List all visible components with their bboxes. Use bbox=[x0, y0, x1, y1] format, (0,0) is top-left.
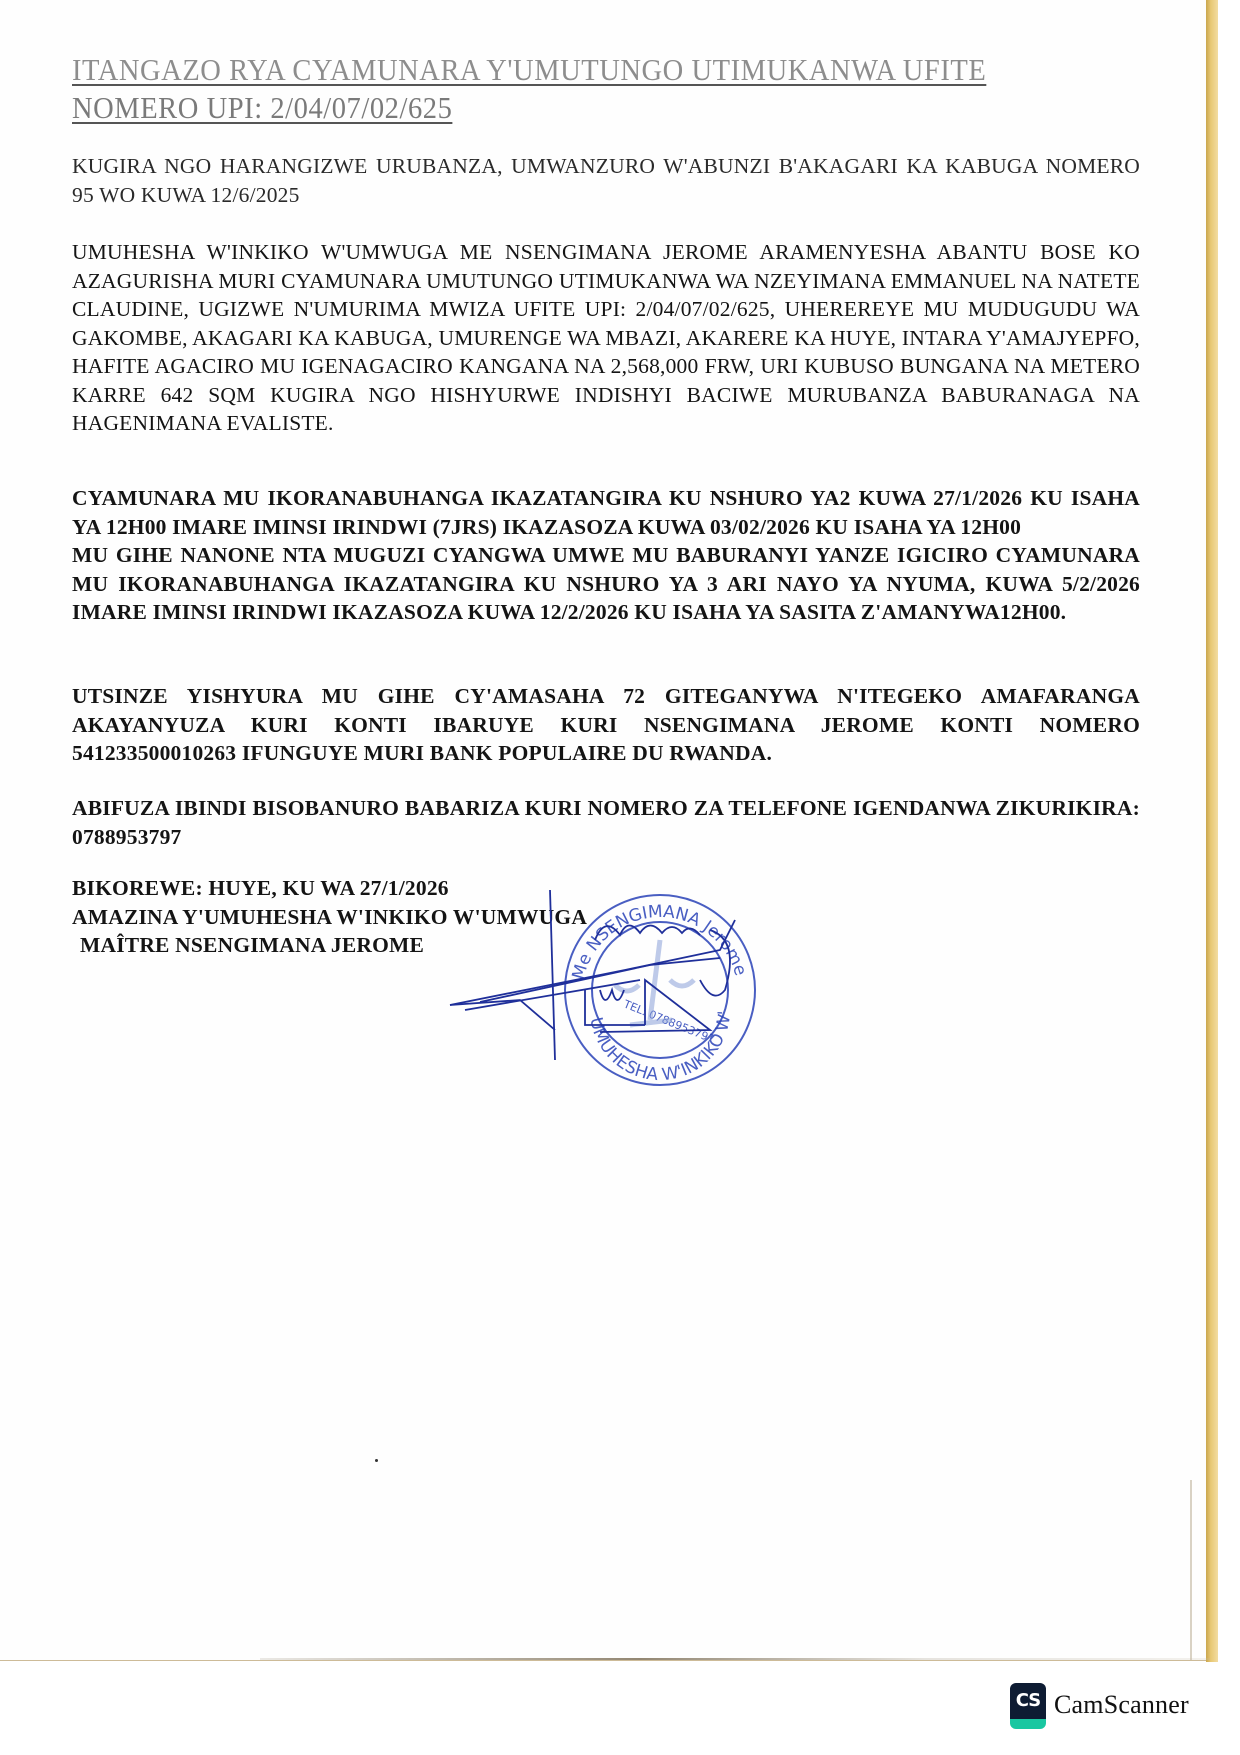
title-line-1: ITANGAZO RYA CYAMUNARA Y'UMUTUNGO UTIMUK… bbox=[72, 52, 1066, 88]
document-title: ITANGAZO RYA CYAMUNARA Y'UMUTUNGO UTIMUK… bbox=[72, 52, 1066, 126]
camscanner-logo-icon: CS bbox=[1010, 1683, 1046, 1729]
page-bottom-edge bbox=[260, 1658, 1210, 1660]
official-stamp: Me NSENGIMANA Jerome UMUHESHA W'INKIKO W… bbox=[420, 880, 780, 1100]
auction-round-3: MU GIHE NANONE NTA MUGUZI CYANGWA UMWE M… bbox=[72, 541, 1140, 627]
paragraph-case-reference: KUGIRA NGO HARANGIZWE URUBANZA, UMWANZUR… bbox=[72, 152, 1140, 209]
paragraph-auction-schedule: CYAMUNARA MU IKORANABUHANGA IKAZATANGIRA… bbox=[72, 484, 1140, 627]
camscanner-watermark-text: CamScanner bbox=[1054, 1690, 1189, 1720]
logo-accent-bar bbox=[1010, 1719, 1046, 1729]
scan-speck bbox=[375, 1459, 378, 1462]
auction-round-2: CYAMUNARA MU IKORANABUHANGA IKAZATANGIRA… bbox=[72, 484, 1140, 541]
paragraph-announcement: UMUHESHA W'INKIKO W'UMWUGA ME NSENGIMANA… bbox=[72, 238, 1140, 438]
paragraph-payment: UTSINZE YISHYURA MU GIHE CY'AMASAHA 72 G… bbox=[72, 682, 1140, 768]
page-fold-line bbox=[1190, 1480, 1192, 1660]
paragraph-contact: ABIFUZA IBINDI BISOBANURO BABARIZA KURI … bbox=[72, 794, 1140, 851]
logo-letters: CS bbox=[1010, 1683, 1046, 1719]
title-line-2: NOMERO UPI: 2/04/07/02/625 bbox=[72, 90, 1066, 126]
page-edge bbox=[1206, 0, 1218, 1662]
